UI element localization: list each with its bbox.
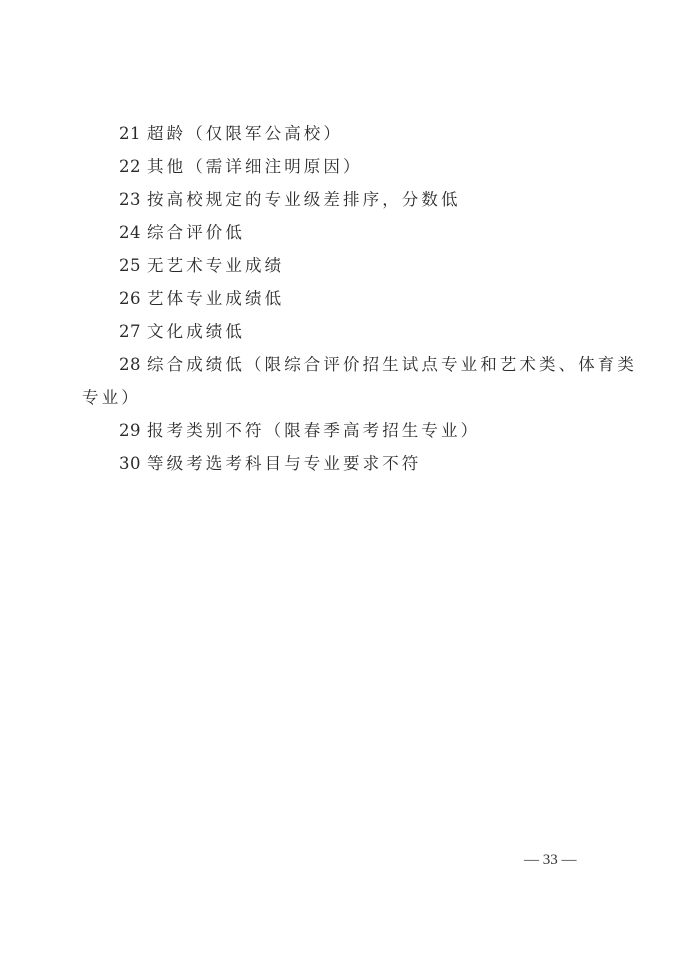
item-text: 按高校规定的专业级差排序，分数低	[147, 190, 461, 209]
list-item: 24综合评价低	[82, 216, 602, 249]
page-number: — 33 —	[524, 852, 577, 869]
item-number: 24	[119, 223, 141, 242]
item-number: 21	[119, 124, 141, 143]
item-number: 23	[119, 190, 141, 209]
item-text: 其他（需详细注明原因）	[147, 157, 363, 176]
item-number: 29	[119, 421, 141, 440]
document-page: 21超龄（仅限军公高校） 22其他（需详细注明原因） 23按高校规定的专业级差排…	[0, 0, 680, 961]
item-text: 等级考选考科目与专业要求不符	[147, 454, 421, 473]
list-item: 27文化成绩低	[82, 315, 602, 348]
item-text: 文化成绩低	[147, 322, 245, 341]
item-text: 无艺术专业成绩	[147, 256, 284, 275]
item-number: 27	[119, 322, 141, 341]
list-item: 29报考类别不符（限春季高考招生专业）	[82, 414, 602, 447]
item-text: 超龄（仅限军公高校）	[147, 124, 343, 143]
item-number: 22	[119, 157, 141, 176]
list-item: 26艺体专业成绩低	[82, 282, 602, 315]
item-number: 26	[119, 289, 141, 308]
item-text: 综合成绩低（限综合评价招生试点专业和艺术类、体育类	[147, 355, 637, 374]
item-text: 报考类别不符（限春季高考招生专业）	[147, 421, 480, 440]
item-number: 25	[119, 256, 141, 275]
reason-list: 21超龄（仅限军公高校） 22其他（需详细注明原因） 23按高校规定的专业级差排…	[82, 117, 602, 480]
list-item: 21超龄（仅限军公高校）	[82, 117, 602, 150]
item-number: 30	[119, 454, 141, 473]
item-text: 综合评价低	[147, 223, 245, 242]
item-number: 28	[119, 355, 141, 374]
list-item-continuation: 专业）	[82, 381, 602, 414]
list-item: 30等级考选考科目与专业要求不符	[82, 447, 602, 480]
list-item: 22其他（需详细注明原因）	[82, 150, 602, 183]
list-item: 25无艺术专业成绩	[82, 249, 602, 282]
item-text: 艺体专业成绩低	[147, 289, 284, 308]
list-item: 23按高校规定的专业级差排序，分数低	[82, 183, 602, 216]
list-item: 28综合成绩低（限综合评价招生试点专业和艺术类、体育类	[82, 348, 602, 381]
